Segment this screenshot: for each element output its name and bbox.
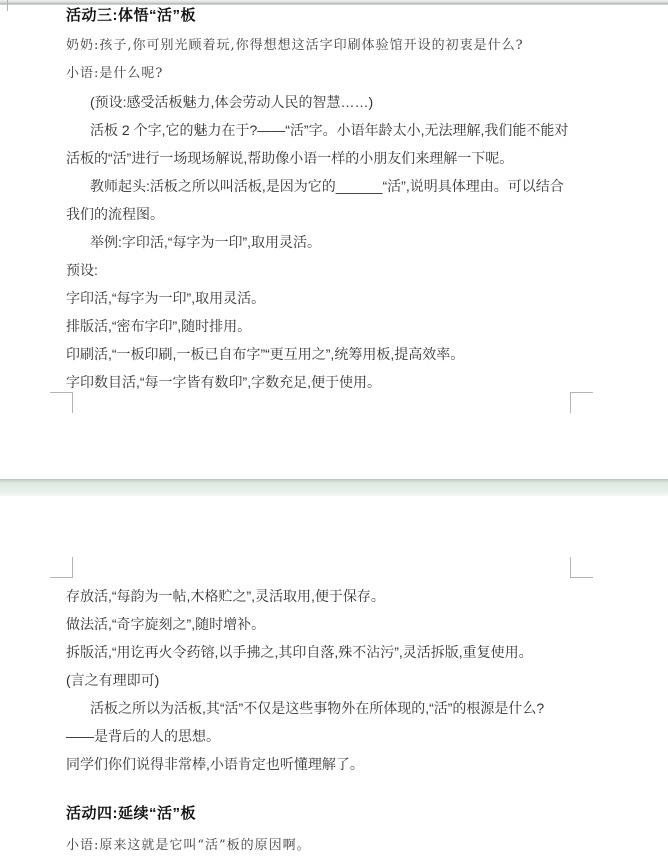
word-document-view: 活动三:体悟“活”板 奶奶:孩子,你可别光顾着玩,你得想想这活字印刷体验馆开设的… [0, 0, 668, 862]
page-separator-band [0, 479, 668, 496]
body-line: 同学们你们说得非常棒,小语肯定也听懂理解了。 [66, 754, 364, 774]
heading-activity-3: 活动三:体悟“活”板 [66, 6, 196, 26]
body-line: 活板的“活”进行一场现场解说,帮助像小语一样的小朋友们来理解一下呢。 [66, 148, 513, 168]
body-line: 存放活,“每韵为一帖,木格贮之”,灵活取用,便于保存。 [66, 586, 385, 606]
margin-mark-top-left [50, 557, 73, 578]
margin-mark-bottom-left [50, 392, 73, 413]
body-line: ——是背后的人的思想。 [66, 726, 220, 746]
body-line: 排版活,“密布字印”,随时排用。 [66, 316, 251, 336]
dialog-line-xiaoyu: 小语:是什么呢? [66, 64, 163, 84]
body-line-preset-label: 预设: [66, 260, 98, 280]
heading-activity-4: 活动四:延续“活”板 [66, 804, 196, 824]
body-line: 字印数目活,“每一字皆有数印”,字数充足,便于使用。 [66, 372, 381, 392]
margin-mark-top-right [570, 557, 593, 578]
body-line-note: (言之有理即可) [66, 670, 159, 690]
dialog-line-xiaoyu-2: 小语:原来这就是它叫“活”板的原因啊。 [66, 836, 311, 856]
body-line: 拆版活,“用讫再火令药镕,以手拂之,其印自落,殊不沾污”,灵活拆版,重复使用。 [66, 642, 533, 662]
body-line: 活板之所以为活板,其“活”不仅是这些事物外在所体现的,“活”的根源是什么? [90, 698, 544, 718]
margin-mark-bottom-right [570, 392, 593, 413]
body-line-preset-note: (预设:感受活板魅力,体会劳动人民的智慧……) [90, 92, 373, 112]
body-line: 字印活,“每字为一印”,取用灵活。 [66, 288, 265, 308]
body-line-example: 举例:字印活,“每字为一印”,取用灵活。 [90, 232, 321, 252]
body-line: 印刷活,“一板印刷,一板已自布字”“更互用之”,统筹用板,提高效率。 [66, 344, 464, 364]
body-line: 活板 2 个字,它的魅力在于?——“活”字。小语年龄太小,无法理解,我们能不能对 [90, 120, 568, 140]
dialog-line-grandma: 奶奶:孩子,你可别光顾着玩,你得想想这活字印刷体验馆开设的初衷是什么? [66, 36, 524, 56]
page-gap-top-edge [0, 0, 668, 5]
body-line: 我们的流程图。 [66, 204, 164, 224]
body-line: 做法活,“奇字旋刻之”,随时增补。 [66, 614, 265, 634]
page-left-edge-tick [7, 0, 8, 11]
body-line-teacher-start: 教师起头:活板之所以叫活板,是因为它的______“活”,说明具体理由。可以结合 [90, 176, 564, 196]
